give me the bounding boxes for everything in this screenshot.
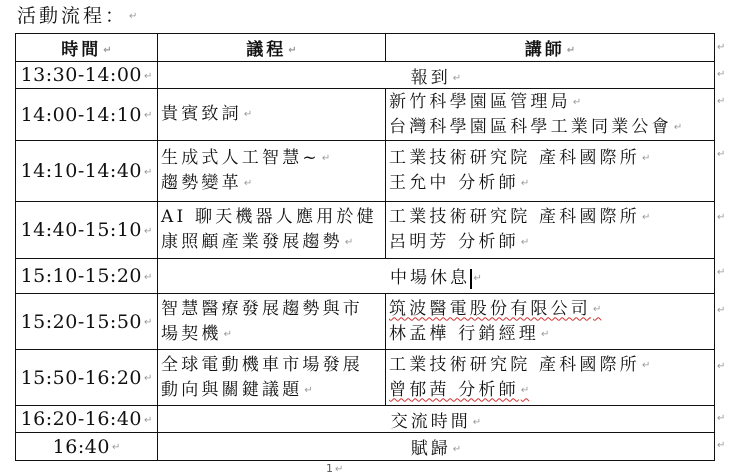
paragraph-mark-icon: ↵ <box>345 237 353 248</box>
agenda-line: 生成式人工智慧~↵ <box>161 146 382 171</box>
paragraph-mark-icon: ↵ <box>642 212 650 223</box>
paragraph-mark-icon: ↵ <box>593 304 601 315</box>
paragraph-mark-icon: ↵ <box>474 273 482 284</box>
merged-event-cell[interactable]: 報到↵ <box>158 62 715 89</box>
table-row: 15:50-16:20↵ 全球電動機車市場發展 動向與關鍵議題↵ 工業技術研究院… <box>16 350 715 406</box>
paragraph-mark-icon: ↵ <box>144 415 152 426</box>
speaker-line: 筑波醫電股份有限公司↵ <box>389 297 711 322</box>
row-end-mark-icon: ↵ <box>717 212 725 223</box>
paragraph-mark-icon: ↵ <box>453 444 461 455</box>
agenda-line: 智慧醫療發展趨勢與市 <box>161 297 382 322</box>
schedule-table: 時間↵ 議程↵ 講師↵ 13:30-14:00↵ 報到↵ 14:00-14:10… <box>15 33 715 461</box>
paragraph-mark-icon: ↵ <box>304 385 312 396</box>
section-heading-text: 活動流程： <box>17 5 127 27</box>
speaker-cell[interactable]: 工業技術研究院 產科國際所↵ 呂明芳 分析師↵ <box>386 202 715 259</box>
section-heading: 活動流程：↵ <box>17 4 137 29</box>
paragraph-mark-icon: ↵ <box>244 178 252 189</box>
paragraph-mark-icon: ↵ <box>453 73 461 84</box>
agenda-cell[interactable]: 全球電動機車市場發展 動向與關鍵議題↵ <box>158 350 386 406</box>
merged-event-cell[interactable]: 中場休息↵ <box>158 259 715 294</box>
time-cell[interactable]: 16:40↵ <box>16 433 158 461</box>
table-row: 14:10-14:40↵ 生成式人工智慧~↵ 趨勢變革↵ 工業技術研究院 產科國… <box>16 141 715 202</box>
speaker-line: 呂明芳 分析師↵ <box>389 230 711 255</box>
paragraph-mark-icon: ↵ <box>144 317 152 328</box>
table-row: 16:40↵ 賦歸↵ <box>16 433 715 461</box>
column-header-time[interactable]: 時間↵ <box>16 34 158 62</box>
paragraph-mark-icon: ↵ <box>521 385 529 396</box>
agenda-cell[interactable]: 貴賓致詞↵ <box>158 89 386 141</box>
paragraph-mark-icon: ↵ <box>144 71 152 82</box>
row-end-mark-icon: ↵ <box>717 42 725 53</box>
time-cell[interactable]: 13:30-14:00↵ <box>16 62 158 89</box>
agenda-line: AI 聊天機器人應用於健 <box>161 205 382 230</box>
text-cursor <box>470 269 472 289</box>
paragraph-mark-icon: ↵ <box>521 178 529 189</box>
table-row: 16:20-16:40↵ 交流時間↵ <box>16 406 715 433</box>
paragraph-mark-icon: ↵ <box>103 45 111 56</box>
row-end-mark-icon: ↵ <box>717 305 725 316</box>
column-header-agenda[interactable]: 議程↵ <box>158 34 386 62</box>
agenda-line: 康照顧產業發展趨勢↵ <box>161 230 382 255</box>
table-row: 14:00-14:10↵ 貴賓致詞↵ 新竹科學園區管理局↵ 台灣科學園區科學工業… <box>16 89 715 141</box>
table-row: 14:40-15:10↵ AI 聊天機器人應用於健 康照顧產業發展趨勢↵ 工業技… <box>16 202 715 259</box>
row-end-mark-icon: ↵ <box>717 149 725 160</box>
table-row: 13:30-14:00↵ 報到↵ <box>16 62 715 89</box>
agenda-cell[interactable]: AI 聊天機器人應用於健 康照顧產業發展趨勢↵ <box>158 202 386 259</box>
row-end-mark-icon: ↵ <box>717 96 725 107</box>
paragraph-mark-icon: ↵ <box>335 464 343 474</box>
table-row: 15:10-15:20↵ 中場休息↵ <box>16 259 715 294</box>
paragraph-mark-icon: ↵ <box>244 109 252 120</box>
table-row: 15:20-15:50↵ 智慧醫療發展趨勢與市 場契機↵ 筑波醫電股份有限公司↵… <box>16 294 715 350</box>
speaker-cell[interactable]: 筑波醫電股份有限公司↵ 林孟樺 行銷經理↵ <box>386 294 715 350</box>
speaker-line: 台灣科學園區科學工業同業公會↵ <box>389 115 711 140</box>
paragraph-mark-icon: ↵ <box>541 329 549 340</box>
speaker-cell[interactable]: 工業技術研究院 產科國際所↵ 曾郁茜 分析師↵ <box>386 350 715 406</box>
agenda-line: 趨勢變革↵ <box>161 171 382 196</box>
paragraph-mark-icon: ↵ <box>129 11 137 22</box>
speaker-cell[interactable]: 新竹科學園區管理局↵ 台灣科學園區科學工業同業公會↵ <box>386 89 715 141</box>
time-cell[interactable]: 14:00-14:10↵ <box>16 89 158 141</box>
speaker-cell[interactable]: 工業技術研究院 產科國際所↵ 王允中 分析師↵ <box>386 141 715 202</box>
paragraph-mark-icon: ↵ <box>144 167 152 178</box>
paragraph-mark-icon: ↵ <box>573 97 581 108</box>
paragraph-mark-icon: ↵ <box>144 226 152 237</box>
row-end-mark-icon: ↵ <box>717 361 725 372</box>
row-end-mark-icon: ↵ <box>717 413 725 424</box>
agenda-line: 全球電動機車市場發展 <box>161 353 382 378</box>
paragraph-mark-icon: ↵ <box>567 45 575 56</box>
time-cell[interactable]: 15:50-16:20↵ <box>16 350 158 406</box>
speaker-line: 工業技術研究院 產科國際所↵ <box>389 353 711 378</box>
paragraph-mark-icon: ↵ <box>288 45 296 56</box>
agenda-line: 動向與關鍵議題↵ <box>161 378 382 403</box>
speaker-line: 新竹科學園區管理局↵ <box>389 90 711 115</box>
agenda-cell[interactable]: 智慧醫療發展趨勢與市 場契機↵ <box>158 294 386 350</box>
column-header-speaker[interactable]: 講師↵ <box>386 34 715 62</box>
paragraph-mark-icon: ↵ <box>642 153 650 164</box>
row-end-mark-icon: ↵ <box>717 69 725 80</box>
row-end-mark-icon: ↵ <box>717 267 725 278</box>
page-number: 1↵ <box>326 462 343 474</box>
paragraph-mark-icon: ↵ <box>144 373 152 384</box>
time-cell[interactable]: 15:20-15:50↵ <box>16 294 158 350</box>
speaker-line: 工業技術研究院 產科國際所↵ <box>389 205 711 230</box>
agenda-cell[interactable]: 生成式人工智慧~↵ 趨勢變革↵ <box>158 141 386 202</box>
speaker-line: 王允中 分析師↵ <box>389 171 711 196</box>
speaker-line: 林孟樺 行銷經理↵ <box>389 322 711 347</box>
paragraph-mark-icon: ↵ <box>144 110 152 121</box>
time-cell[interactable]: 14:10-14:40↵ <box>16 141 158 202</box>
paragraph-mark-icon: ↵ <box>521 237 529 248</box>
paragraph-mark-icon: ↵ <box>112 442 120 453</box>
speaker-line: 工業技術研究院 產科國際所↵ <box>389 146 711 171</box>
agenda-line: 場契機↵ <box>161 322 382 347</box>
time-cell[interactable]: 16:20-16:40↵ <box>16 406 158 433</box>
paragraph-mark-icon: ↵ <box>674 122 682 133</box>
paragraph-mark-icon: ↵ <box>642 360 650 371</box>
time-cell[interactable]: 15:10-15:20↵ <box>16 259 158 294</box>
speaker-line: 曾郁茜 分析師↵ <box>389 378 711 403</box>
time-cell[interactable]: 14:40-15:10↵ <box>16 202 158 259</box>
paragraph-mark-icon: ↵ <box>322 153 330 164</box>
table-header-row: 時間↵ 議程↵ 講師↵ <box>16 34 715 62</box>
merged-event-cell[interactable]: 賦歸↵ <box>158 433 715 461</box>
row-end-mark-icon: ↵ <box>717 440 725 451</box>
paragraph-mark-icon: ↵ <box>473 417 481 428</box>
paragraph-mark-icon: ↵ <box>144 272 152 283</box>
merged-event-cell[interactable]: 交流時間↵ <box>158 406 715 433</box>
paragraph-mark-icon: ↵ <box>224 329 232 340</box>
